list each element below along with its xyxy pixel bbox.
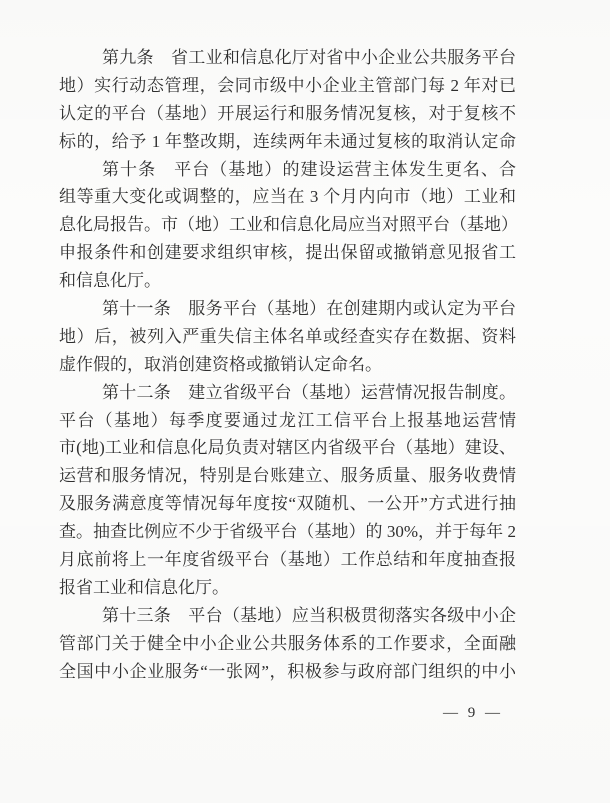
text-line: 平台（基地）每季度要通过龙江工信平台上报基地运营情况。 <box>59 407 516 435</box>
text-line: 息化局报告。市（地）工业和信息化局应当对照平台（基地） <box>59 211 516 239</box>
document-page: 第九条 省工业和信息化厅对省中小企业公共服务平台（基 地）实行动态管理，会同市级… <box>0 0 610 803</box>
paragraph-article-10: 第十条 平台（基地）的建设运营主体发生更名、合并、重 组等重大变化或调整的，应当… <box>59 156 516 295</box>
paragraph-article-12: 第十二条 建立省级平台（基地）运营情况报告制度。省级 平台（基地）每季度要通过龙… <box>59 379 516 602</box>
text-line: 虚作假的，取消创建资格或撤销认定命名。 <box>59 351 516 379</box>
text-line: 第十一条 服务平台（基地）在创建期内或认定为平台（基 <box>59 295 516 323</box>
text-line: 运营和服务情况，特别是台账建立、服务质量、服务收费情况 <box>59 462 516 490</box>
text-line: 申报条件和创建要求组织审核，提出保留或撤销意见报省工业 <box>59 239 516 267</box>
page-number: — 9 — <box>443 705 503 722</box>
text-line: 和信息化厅。 <box>59 267 516 295</box>
paragraph-article-13: 第十三条 平台（基地）应当积极贯彻落实各级中小企业主 管部门关于健全中小企业公共… <box>59 602 516 686</box>
text-line: 地）实行动态管理，会同市级中小企业主管部门每 2 年对已获 <box>59 72 516 100</box>
text-line: 市(地)工业和信息化局负责对辖区内省级平台（基地）建设、 <box>59 434 516 462</box>
paragraph-article-11: 第十一条 服务平台（基地）在创建期内或认定为平台（基 地）后，被列入严重失信主体… <box>59 295 516 379</box>
text-line: 报省工业和信息化厅。 <box>59 574 516 602</box>
text-line: 管部门关于健全中小企业公共服务体系的工作要求，全面融入 <box>59 630 516 658</box>
text-line: 组等重大变化或调整的，应当在 3 个月内向市（地）工业和信 <box>59 183 516 211</box>
text-line: 月底前将上一年度省级平台（基地）工作总结和年度抽查报告 <box>59 546 516 574</box>
document-body: 第九条 省工业和信息化厅对省中小企业公共服务平台（基 地）实行动态管理，会同市级… <box>59 44 516 685</box>
text-line: 全国中小企业服务“一张网”，积极参与政府部门组织的中小 <box>59 658 516 686</box>
paragraph-article-9: 第九条 省工业和信息化厅对省中小企业公共服务平台（基 地）实行动态管理，会同市级… <box>59 44 516 156</box>
text-line: 及服务满意度等情况每年度按“双随机、一公开”方式进行抽 <box>59 490 516 518</box>
text-line: 第十二条 建立省级平台（基地）运营情况报告制度。省级 <box>59 379 516 407</box>
text-line: 标的，给予 1 年整改期，连续两年未通过复核的取消认定命名。 <box>59 128 516 156</box>
text-line: 认定的平台（基地）开展运行和服务情况复核，对于复核不达 <box>59 100 516 128</box>
text-line: 第十三条 平台（基地）应当积极贯彻落实各级中小企业主 <box>59 602 516 630</box>
text-line: 第九条 省工业和信息化厅对省中小企业公共服务平台（基 <box>59 44 516 72</box>
text-line: 地）后，被列入严重失信主体名单或经查实存在数据、资料弄 <box>59 323 516 351</box>
text-line: 查。抽查比例应不少于省级平台（基地）的 30%，并于每年 2 <box>59 518 516 546</box>
text-line: 第十条 平台（基地）的建设运营主体发生更名、合并、重 <box>59 156 516 184</box>
